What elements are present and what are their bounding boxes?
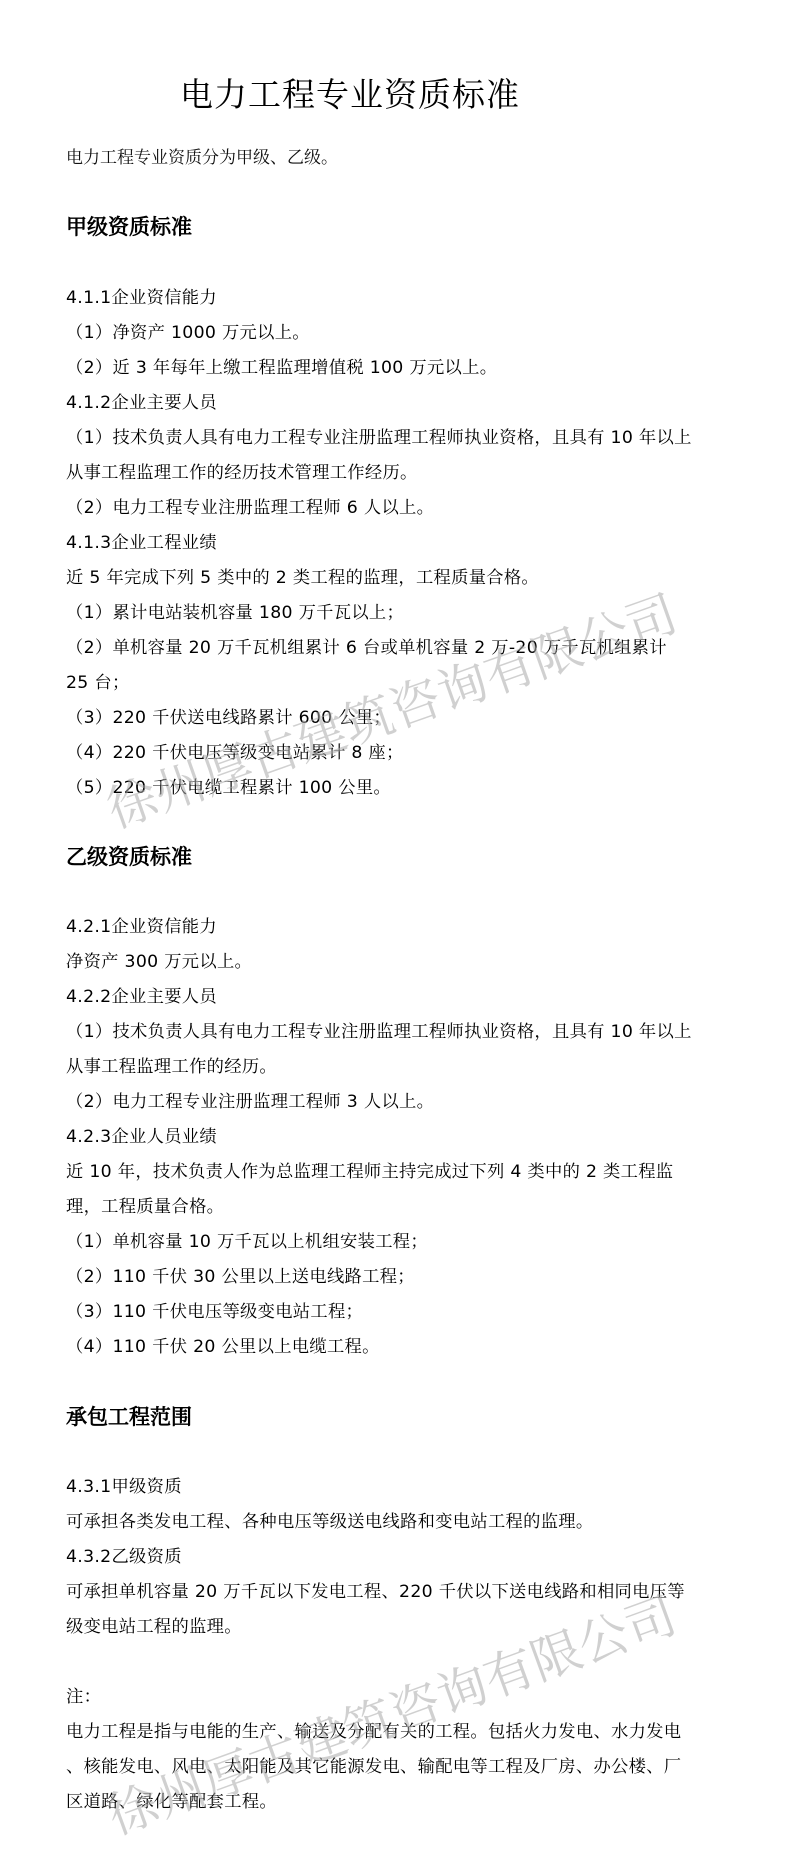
subsection-title: 4.2.3企业人员业绩	[66, 1120, 726, 1155]
subsection-title: 4.3.2乙级资质	[66, 1540, 726, 1575]
list-item: （1）技术负责人具有电力工程专业注册监理工程师执业资格，且具有 10 年以上	[66, 1015, 726, 1050]
grade-a-heading: 甲级资质标准	[66, 213, 192, 241]
list-item: （2）单机容量 20 万千瓦机组累计 6 台或单机容量 2 万-20 万千瓦机组…	[66, 631, 726, 666]
list-item: （2）电力工程专业注册监理工程师 3 人以上。	[66, 1085, 726, 1120]
paragraph-continuation: 理，工程质量合格。	[66, 1190, 726, 1225]
list-item: （1）累计电站装机容量 180 万千瓦以上；	[66, 596, 726, 631]
grade-a-content: 4.1.1企业资信能力 （1）净资产 1000 万元以上。 （2）近 3 年每年…	[66, 281, 726, 806]
intro-text: 电力工程专业资质分为甲级、乙级。	[66, 146, 338, 170]
note-label: 注：	[66, 1680, 726, 1715]
grade-b-heading: 乙级资质标准	[66, 843, 192, 871]
list-item: （2）110 千伏 30 公里以上送电线路工程；	[66, 1260, 726, 1295]
paragraph: 可承担单机容量 20 万千瓦以下发电工程、220 千伏以下送电线路和相同电压等	[66, 1575, 726, 1610]
list-item: （3）220 千伏送电线路累计 600 公里；	[66, 701, 726, 736]
scope-heading: 承包工程范围	[66, 1403, 192, 1431]
list-item-continuation: 从事工程监理工作的经历技术管理工作经历。	[66, 456, 726, 491]
paragraph: 近 5 年完成下列 5 类中的 2 类工程的监理，工程质量合格。	[66, 561, 726, 596]
paragraph: 净资产 300 万元以上。	[66, 945, 726, 980]
scope-content: 4.3.1甲级资质 可承担各类发电工程、各种电压等级送电线路和变电站工程的监理。…	[66, 1470, 726, 1645]
note-paragraph-continuation: 区道路、绿化等配套工程。	[66, 1785, 726, 1820]
list-item: （1）净资产 1000 万元以上。	[66, 316, 726, 351]
list-item: （2）电力工程专业注册监理工程师 6 人以上。	[66, 491, 726, 526]
list-item: （4）110 千伏 20 公里以上电缆工程。	[66, 1330, 726, 1365]
subsection-title: 4.1.3企业工程业绩	[66, 526, 726, 561]
paragraph: 近 10 年，技术负责人作为总监理工程师主持完成过下列 4 类中的 2 类工程监	[66, 1155, 726, 1190]
list-item: （3）110 千伏电压等级变电站工程；	[66, 1295, 726, 1330]
list-item: （5）220 千伏电缆工程累计 100 公里。	[66, 771, 726, 806]
list-item: （1）技术负责人具有电力工程专业注册监理工程师执业资格，且具有 10 年以上	[66, 421, 726, 456]
note-paragraph-continuation: 、核能发电、风电、太阳能及其它能源发电、输配电等工程及厂房、办公楼、厂	[66, 1750, 726, 1785]
page-title: 电力工程专业资质标准	[0, 74, 700, 116]
list-item: （4）220 千伏电压等级变电站累计 8 座；	[66, 736, 726, 771]
paragraph-continuation: 级变电站工程的监理。	[66, 1610, 726, 1645]
subsection-title: 4.1.2企业主要人员	[66, 386, 726, 421]
paragraph: 可承担各类发电工程、各种电压等级送电线路和变电站工程的监理。	[66, 1505, 726, 1540]
subsection-title: 4.3.1甲级资质	[66, 1470, 726, 1505]
subsection-title: 4.2.1企业资信能力	[66, 910, 726, 945]
note-content: 注： 电力工程是指与电能的生产、输送及分配有关的工程。包括火力发电、水力发电 、…	[66, 1680, 726, 1820]
grade-b-content: 4.2.1企业资信能力 净资产 300 万元以上。 4.2.2企业主要人员 （1…	[66, 910, 726, 1365]
list-item: （2）近 3 年每年上缴工程监理增值税 100 万元以上。	[66, 351, 726, 386]
list-item: （1）单机容量 10 万千瓦以上机组安装工程；	[66, 1225, 726, 1260]
note-paragraph: 电力工程是指与电能的生产、输送及分配有关的工程。包括火力发电、水力发电	[66, 1715, 726, 1750]
subsection-title: 4.2.2企业主要人员	[66, 980, 726, 1015]
list-item-continuation: 从事工程监理工作的经历。	[66, 1050, 726, 1085]
list-item-continuation: 25 台；	[66, 666, 726, 701]
subsection-title: 4.1.1企业资信能力	[66, 281, 726, 316]
